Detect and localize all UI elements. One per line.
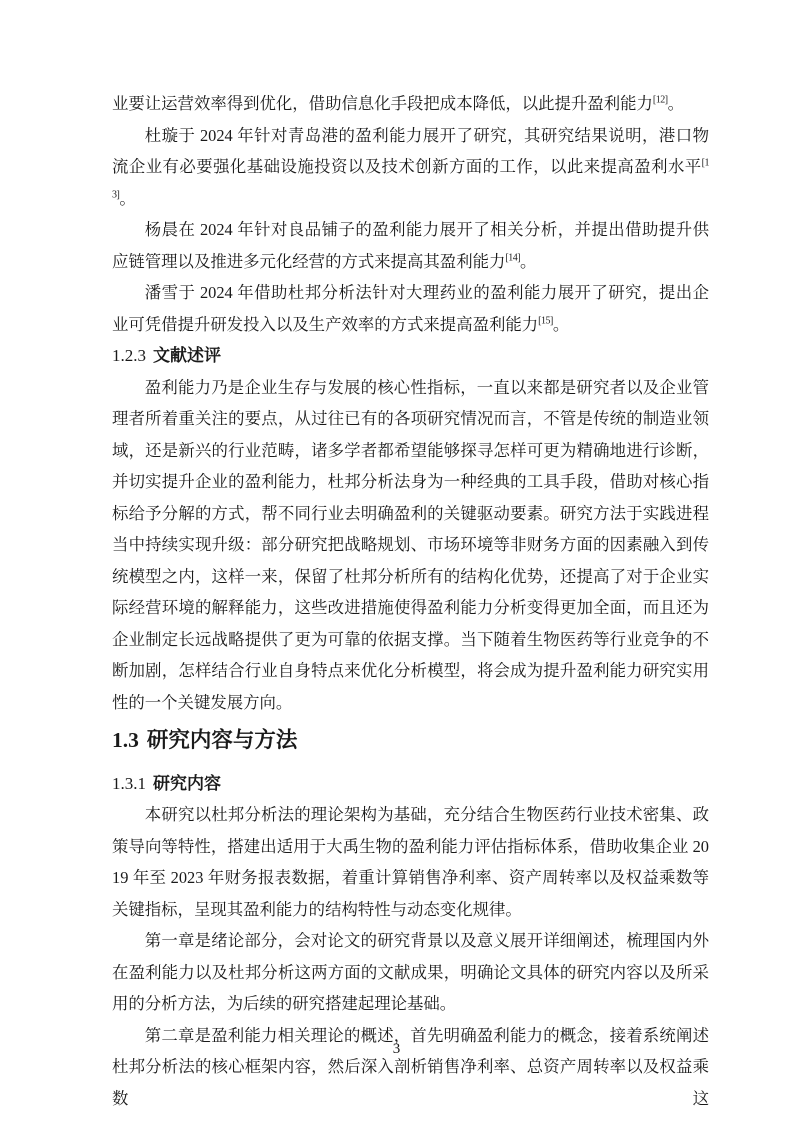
paragraph: 杜璇于 2024 年针对青岛港的盈利能力展开了研究，其研究结果说明，港口物流企业… xyxy=(112,120,709,215)
page-number: 3 xyxy=(393,1041,401,1057)
paragraph: 杨晨在 2024 年针对良品铺子的盈利能力展开了相关分析，并提出借助提升供应链管… xyxy=(112,214,709,277)
heading-text: 文献述评 xyxy=(153,346,221,365)
subsection-heading: 1.2.3文献述评 xyxy=(112,340,709,372)
section-heading: 1.3研究内容与方法 xyxy=(112,724,709,757)
subsection-heading: 1.3.1研究内容 xyxy=(112,768,709,800)
heading-number: 1.3.1 xyxy=(112,774,146,793)
heading-text: 研究内容 xyxy=(153,774,221,793)
paragraph: 盈利能力乃是企业生存与发展的核心性指标，一直以来都是研究者以及企业管理者所着重关… xyxy=(112,372,709,719)
document-page: 业要让运营效率得到优化，借助信息化手段把成本降低，以此提升盈利能力[12]。杜璇… xyxy=(0,0,793,1122)
heading-number: 1.2.3 xyxy=(112,346,146,365)
paragraph: 潘雪于 2024 年借助杜邦分析法针对大理药业的盈利能力展开了研究，提出企业可凭… xyxy=(112,277,709,340)
paragraph: 本研究以杜邦分析法的理论架构为基础，充分结合生物医药行业技术密集、政策导向等特性… xyxy=(112,799,709,925)
heading-text: 研究内容与方法 xyxy=(147,728,298,752)
citation-ref: [12] xyxy=(653,95,668,106)
citation-ref: [14] xyxy=(505,252,520,263)
heading-number: 1.3 xyxy=(112,728,139,752)
paragraph: 第一章是绪论部分，会对论文的研究背景以及意义展开详细阐述，梳理国内外在盈利能力以… xyxy=(112,925,709,1020)
document-body: 业要让运营效率得到优化，借助信息化手段把成本降低，以此提升盈利能力[12]。杜璇… xyxy=(112,88,709,1114)
paragraph: 业要让运营效率得到优化，借助信息化手段把成本降低，以此提升盈利能力[12]。 xyxy=(112,88,709,120)
page-footer: 3 xyxy=(0,1040,793,1058)
paragraph: 第二章是盈利能力相关理论的概述，首先明确盈利能力的概念，接着系统阐述杜邦分析法的… xyxy=(112,1020,709,1115)
citation-ref: [15] xyxy=(538,315,553,326)
citation-ref: [13] xyxy=(112,158,709,201)
